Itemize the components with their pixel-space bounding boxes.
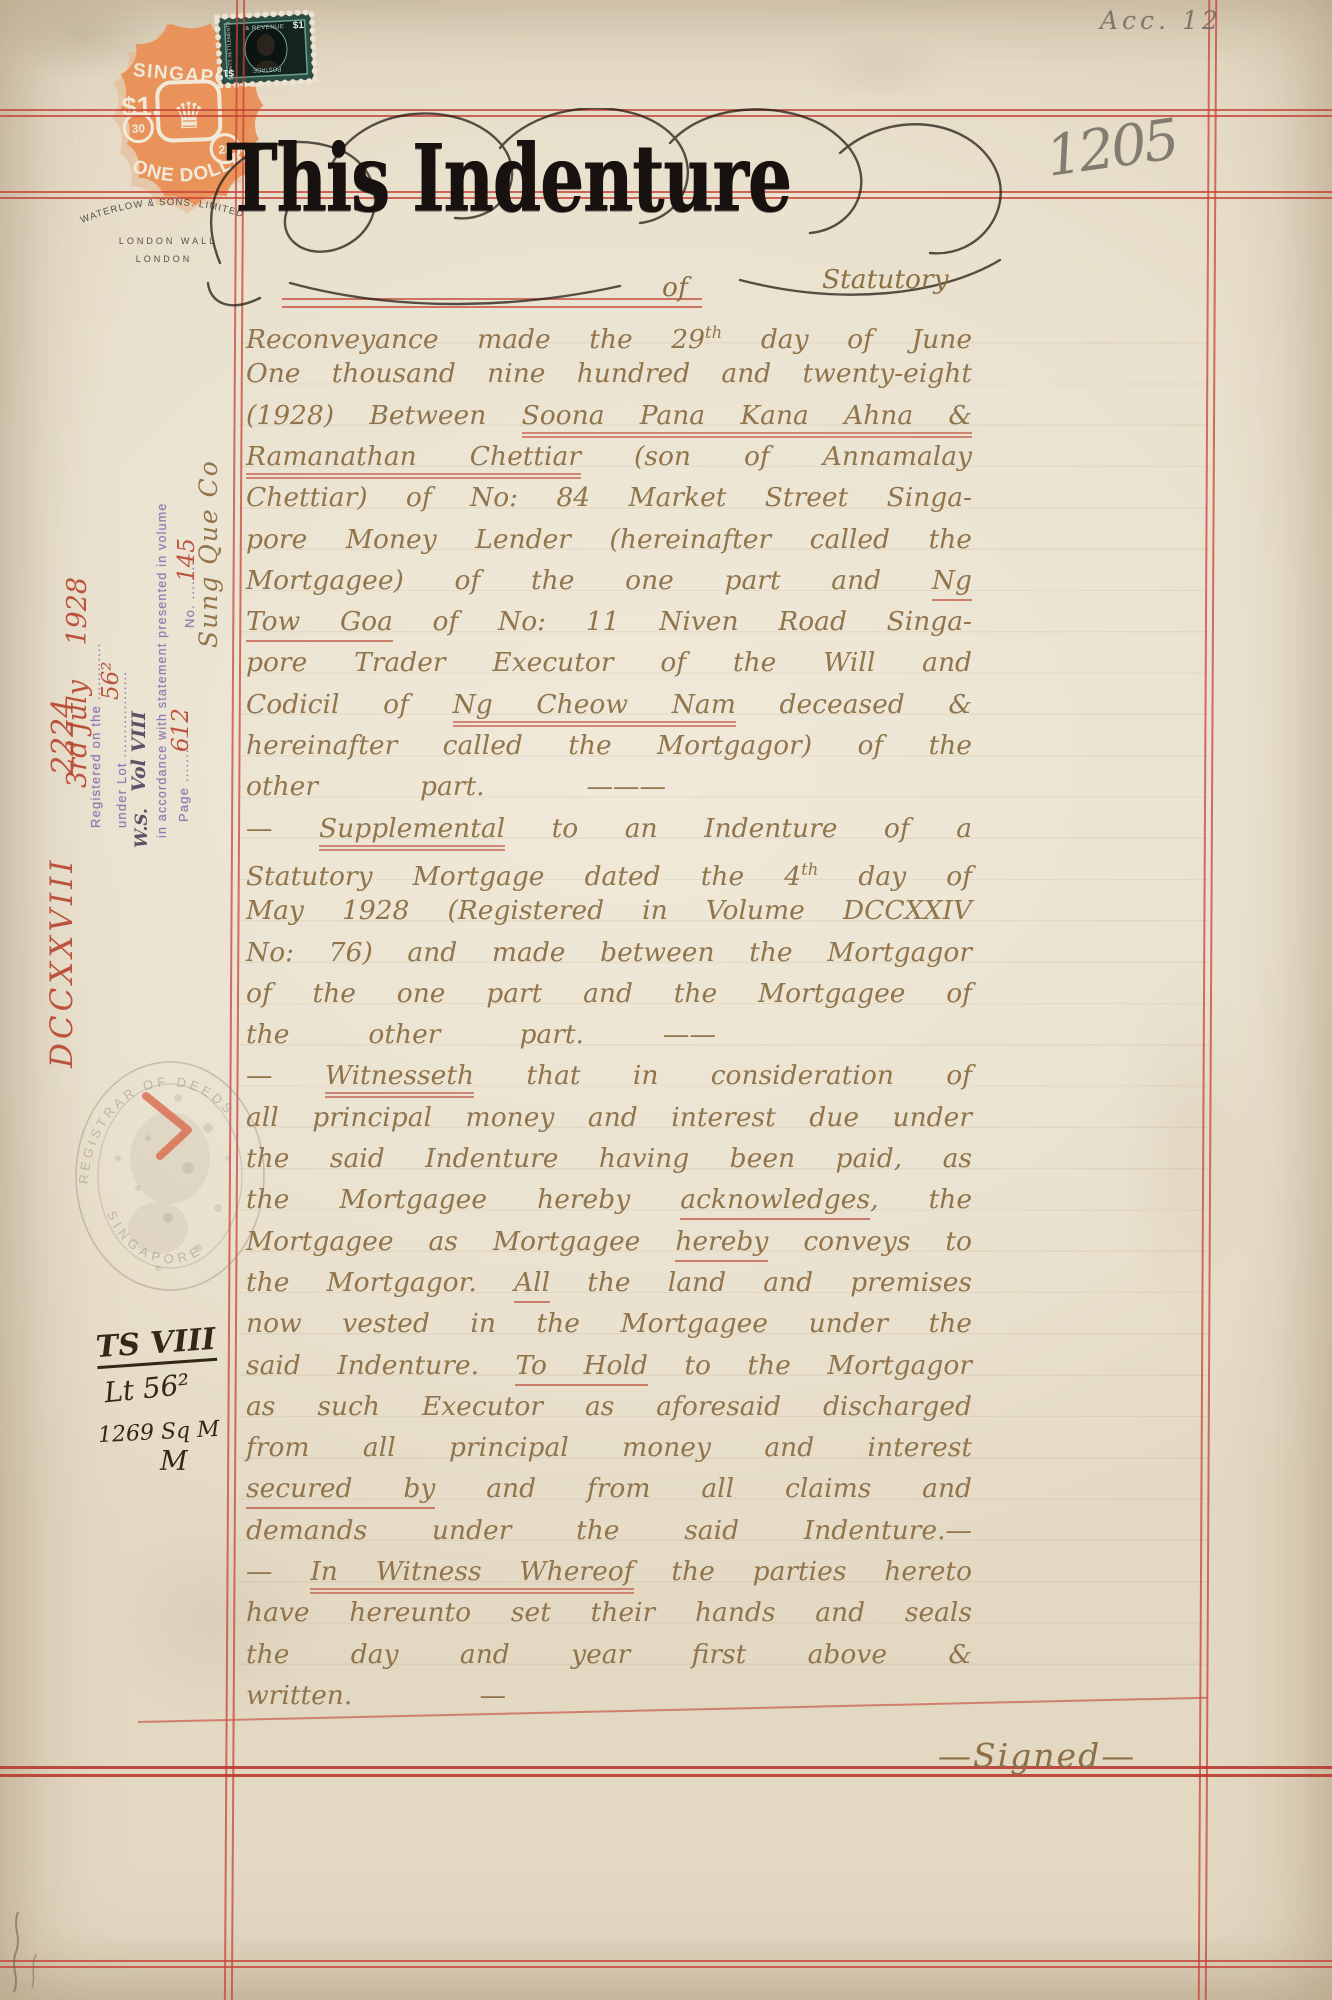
manuscript-segment: Codicil of [246, 689, 453, 720]
manuscript-segment: the other part. —— [246, 1019, 716, 1050]
stamp-die-number-left: 30 [131, 121, 145, 135]
corner-scribble-marks [2, 1892, 46, 1996]
survey-note-area: 1269 Sq M [97, 1417, 220, 1448]
manuscript-line: the Mortgagor. All the land and premises [246, 1266, 972, 1299]
manuscript-segment: have hereunto set their hands and seals [246, 1597, 972, 1628]
manuscript-line: from all principal money and interest [246, 1431, 972, 1464]
manuscript-line: of the one part and the Mortgagee of [246, 977, 972, 1010]
manuscript-segment: Ng Cheow Nam [453, 689, 736, 727]
manuscript-lead-word: of [662, 272, 688, 303]
manuscript-segment: and from all claims and [435, 1473, 972, 1504]
manuscript-segment: the parties hereto [634, 1556, 972, 1587]
manuscript-line: pore Money Lender (hereinafter called th… [246, 523, 972, 556]
manuscript-segment: hereinafter called the Mortgagor) of the [246, 730, 972, 761]
manuscript-segment: the day and year first above & [246, 1639, 972, 1670]
manuscript-line: secured by and from all claims and [246, 1472, 972, 1505]
paper-stain [1080, 880, 1300, 1400]
bottom-edge-rule [0, 1966, 1332, 1968]
manuscript-segment: (1928) Between [246, 400, 522, 431]
margin-note: W.S. [132, 808, 152, 848]
manuscript-line: said Indenture. To Hold to the Mortgagor [246, 1349, 972, 1382]
manuscript-segment: May 1928 (Registered in Volume DCCXXIV [246, 895, 972, 926]
manuscript-line: Mortgagee as Mortgagee hereby conveys to [246, 1225, 972, 1258]
manuscript-segment: demands under the said Indenture.— [246, 1515, 972, 1546]
manuscript-line: Mortgagee) of the one part and Ng [246, 564, 972, 597]
manuscript-line: May 1928 (Registered in Volume DCCXXIV [246, 894, 972, 927]
manuscript-lead-word: Statutory [822, 264, 949, 295]
manuscript-segment: — [246, 1060, 325, 1091]
manuscript-segment: , the [870, 1184, 972, 1215]
manuscript-segment: th [801, 860, 818, 879]
manuscript-segment: other part. ——— [246, 771, 666, 802]
signed-notation: —Signed— [938, 1736, 1136, 1775]
manuscript-segment: All [514, 1267, 550, 1303]
margin-note: Vol VIII [128, 711, 150, 792]
manuscript-segment: day of [818, 861, 972, 892]
manuscript-segment: hereby [675, 1226, 768, 1262]
manuscript-segment: conveys to [768, 1226, 972, 1257]
manuscript-segment: Ng [932, 565, 972, 601]
manuscript-segment: as such Executor as aforesaid discharged [246, 1391, 972, 1422]
survey-note-initial: M [160, 1446, 188, 1477]
manuscript-line: the other part. —— [246, 1018, 716, 1051]
document-title: This Indenture [226, 124, 791, 233]
manuscript-line: other part. ——— [246, 770, 666, 803]
stamp-dollar-value: $1 [222, 67, 234, 79]
manuscript-line: as such Executor as aforesaid discharged [246, 1390, 972, 1423]
manuscript-segment: — [246, 1556, 310, 1587]
manuscript-segment: all principal money and interest due und… [246, 1102, 972, 1133]
manuscript-segment: Soona Pana Kana Ahna & [522, 400, 972, 438]
margin-note: DCCXXVIII [44, 856, 80, 1068]
margin-note: 56² [98, 662, 124, 701]
manuscript-line: — Witnesseth that in consideration of [246, 1059, 972, 1092]
manuscript-line: No: 76) and made between the Mortgagor [246, 936, 972, 969]
manuscript-segment: Chettiar) of No: 84 Market Street Singa- [246, 482, 972, 513]
manuscript-segment: Ramanathan Chettiar [246, 441, 581, 479]
manuscript-line: Statutory Mortgage dated the 4th day of [246, 853, 972, 893]
manuscript-line: Reconveyance made the 29th day of June [246, 316, 972, 356]
manuscript-segment: Statutory Mortgage dated the 4 [246, 861, 801, 892]
manuscript-line: all principal money and interest due und… [246, 1101, 972, 1134]
manuscript-segment: Supplemental [319, 813, 505, 851]
survey-note-ts: TS VIII [95, 1322, 217, 1369]
manuscript-line: — In Witness Whereof the parties hereto [246, 1555, 972, 1588]
manuscript-segment: Reconveyance made the 29 [246, 324, 705, 355]
manuscript-segment: secured by [246, 1473, 435, 1509]
manuscript-segment: pore Trader Executor of the Will and [246, 647, 972, 678]
manuscript-segment: Mortgagee as Mortgagee [246, 1226, 675, 1257]
manuscript-segment: the Mortgagee hereby [246, 1184, 680, 1215]
margin-note: in accordance with statement presented i… [155, 502, 169, 838]
manuscript-segment: Mortgagee) of the one part and [246, 565, 932, 596]
manuscript-line: One thousand nine hundred and twenty-eig… [246, 357, 972, 390]
manuscript-line: hereinafter called the Mortgagor) of the [246, 729, 972, 762]
pencil-accession-note: Acc. 12 [1100, 6, 1222, 35]
manuscript-segment: from all principal money and interest [246, 1432, 972, 1463]
pencil-number-scrawl: 1205 [1042, 107, 1180, 190]
manuscript-line: (1928) Between Soona Pana Kana Ahna & [246, 399, 972, 432]
manuscript-line: written. — [246, 1679, 506, 1712]
manuscript-segment: the land and premises [550, 1267, 972, 1298]
manuscript-segment: (son of Annamalay [581, 441, 972, 472]
manuscript-segment: the said Indenture having been paid, as [246, 1143, 972, 1174]
paper-stain [770, 20, 990, 120]
right-margin-line [1198, 0, 1210, 2000]
manuscript-line: have hereunto set their hands and seals [246, 1596, 972, 1629]
straits-settlements-postage-stamp: & REVENUE STRAITS SETTLEMENTS POSTAGE $1… [214, 9, 318, 88]
manuscript-segment: No: 76) and made between the Mortgagor [246, 937, 972, 968]
imprint-city: LONDON [136, 254, 193, 264]
manuscript-segment: the Mortgagor. [246, 1267, 514, 1298]
manuscript-line: demands under the said Indenture.— [246, 1514, 972, 1547]
manuscript-segment: — [246, 813, 319, 844]
manuscript-line: the day and year first above & [246, 1638, 972, 1671]
manuscript-segment: written. — [246, 1680, 506, 1711]
manuscript-segment: In Witness Whereof [310, 1556, 633, 1594]
manuscript-segment: acknowledges [680, 1184, 870, 1220]
manuscript-segment: of No: 11 Niven Road Singa- [393, 606, 972, 637]
margin-note: 3rd July 1928 [62, 577, 93, 788]
manuscript-line: — Supplemental to an Indenture of a [246, 812, 972, 845]
manuscript-line: Ramanathan Chettiar (son of Annamalay [246, 440, 972, 473]
margin-note: Sung Que Co [194, 459, 223, 648]
stamp-dollar-value: $1 [293, 20, 305, 32]
manuscript-segment: to the Mortgagor [648, 1350, 972, 1381]
manuscript-segment: of the one part and the Mortgagee of [246, 978, 972, 1009]
manuscript-segment: said Indenture. [246, 1350, 515, 1381]
manuscript-line: pore Trader Executor of the Will and [246, 646, 972, 679]
bottom-edge-rule [0, 1960, 1332, 1962]
manuscript-line: the said Indenture having been paid, as [246, 1142, 972, 1175]
manuscript-line: now vested in the Mortgagee under the [246, 1307, 972, 1340]
manuscript-segment: Tow Goa [246, 606, 393, 642]
manuscript-segment: To Hold [515, 1350, 648, 1386]
manuscript-segment: to an Indenture of a [505, 813, 972, 844]
survey-note-lot: Lt 56² [103, 1368, 192, 1410]
manuscript-segment: that in consideration of [474, 1060, 972, 1091]
manuscript-segment: th [705, 323, 722, 342]
manuscript-segment: Witnesseth [325, 1060, 474, 1098]
manuscript-segment: deceased & [736, 689, 972, 720]
manuscript-segment: pore Money Lender (hereinafter called th… [246, 524, 972, 555]
manuscript-line: Codicil of Ng Cheow Nam deceased & [246, 688, 972, 721]
manuscript-line: Tow Goa of No: 11 Niven Road Singa- [246, 605, 972, 638]
indenture-document-page: SINGAPORE $1. ♛ 30 28 ONE DOLLAR & REVEN… [0, 0, 1332, 2000]
manuscript-line: the Mortgagee hereby acknowledges, the [246, 1183, 972, 1216]
manuscript-segment: One thousand nine hundred and twenty-eig… [246, 358, 972, 389]
manuscript-segment: now vested in the Mortgagee under the [246, 1308, 972, 1339]
manuscript-line: Chettiar) of No: 84 Market Street Singa- [246, 481, 972, 514]
margin-note: 612 [168, 708, 194, 752]
manuscript-segment: day of June [722, 324, 972, 355]
